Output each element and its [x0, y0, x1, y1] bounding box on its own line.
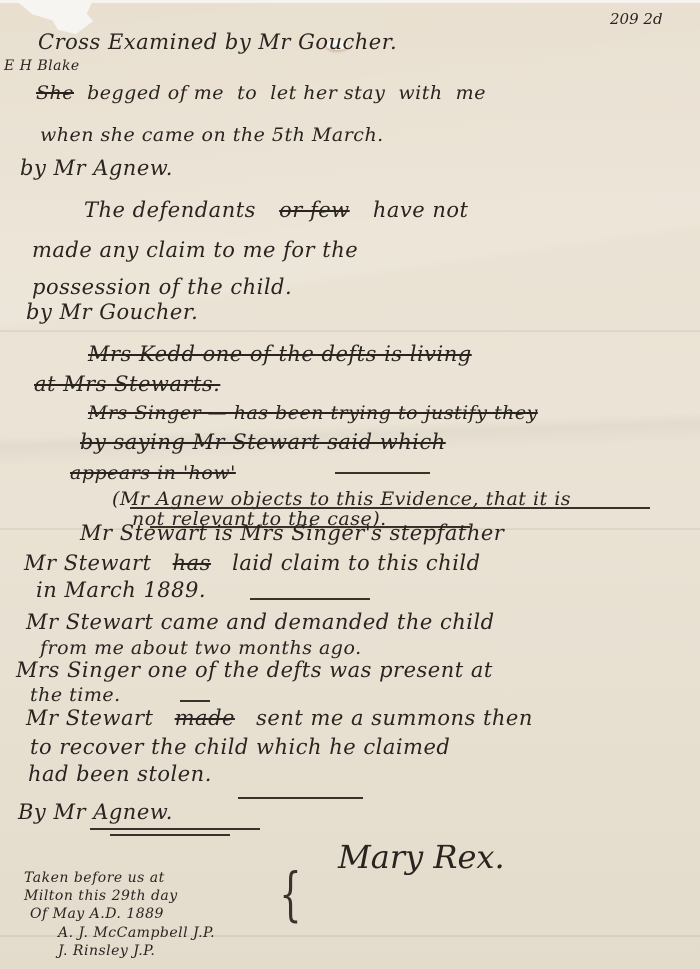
line-text: have not	[373, 198, 469, 222]
brace-bracket: {	[279, 860, 301, 928]
page-top-edge	[0, 0, 700, 3]
text-line-1: She begged of me to let her stay with me	[36, 82, 486, 104]
underline-rule	[110, 834, 230, 836]
text-line-22: had been stolen.	[28, 762, 212, 786]
text-line-5: possession of the child.	[32, 275, 292, 299]
text-line-4: made any claim to me for the	[32, 238, 358, 262]
dash-rule	[180, 700, 210, 702]
jurat-line-2: Milton this 29th day	[24, 888, 178, 904]
text-line-18: Mrs Singer one of the defts was present …	[16, 658, 493, 682]
struck-word: made	[175, 706, 235, 730]
underline-rule	[250, 598, 370, 600]
text-line-3: The defendants or few have not	[84, 198, 468, 222]
struck-word: has	[173, 551, 211, 575]
underline-rule	[335, 472, 430, 474]
struck-line-8: Mrs Singer — has been trying to justify …	[88, 402, 538, 424]
underline-rule	[90, 828, 260, 830]
text-line-20: Mr Stewart made sent me a summons then	[26, 706, 533, 730]
struck-line-6: Mrs Kedd one of the defts is living	[88, 342, 472, 366]
line-text: begged of me to let her stay with me	[81, 82, 486, 104]
heading-by-goucher: by Mr Goucher.	[26, 300, 198, 324]
justice-signature-1: A. J. McCampbell J.P.	[58, 925, 215, 941]
jurat-line-1: Taken before us at	[24, 870, 165, 886]
deponent-signature: Mary Rex.	[338, 838, 505, 876]
heading-by-agnew: by Mr Agnew.	[20, 156, 173, 180]
heading-cross-examined: Cross Examined by Mr Goucher.	[38, 30, 397, 54]
text-line-16: Mr Stewart came and demanded the child	[26, 610, 495, 634]
struck-line-7: at Mrs Stewarts.	[34, 372, 220, 396]
paper-fold-line	[0, 330, 700, 332]
line-text: laid claim to this child	[232, 551, 480, 575]
separator-rule	[238, 797, 363, 799]
folio-number: 209 2d	[610, 10, 663, 28]
text-line-19: the time.	[30, 684, 121, 706]
text-line-15: in March 1889.	[36, 578, 206, 602]
heading-by-agnew-2: By Mr Agnew.	[18, 800, 173, 824]
line-text: Mr Stewart	[26, 706, 153, 730]
justice-signature-2: J. Rinsley J.P.	[58, 943, 155, 959]
text-line-13: Mr Stewart is Mrs Singer's stepfather	[80, 521, 504, 545]
struck-line-10: appears in 'how'	[70, 462, 236, 484]
text-line-17: from me about two months ago.	[40, 637, 362, 659]
margin-note: E H Blake	[4, 58, 80, 74]
text-line-21: to recover the child which he claimed	[30, 735, 450, 759]
line-text: sent me a summons then	[256, 706, 533, 730]
text-line-14: Mr Stewart has laid claim to this child	[24, 551, 481, 575]
jurat-line-3: Of May A.D. 1889	[30, 906, 164, 922]
struck-word: She	[36, 82, 74, 104]
line-text: Mr Stewart	[24, 551, 151, 575]
line-text: The defendants	[84, 198, 256, 222]
struck-line-9: by saying Mr Stewart said which	[80, 430, 446, 454]
struck-word: or few	[279, 198, 350, 222]
text-line-2: when she came on the 5th March.	[40, 124, 384, 146]
